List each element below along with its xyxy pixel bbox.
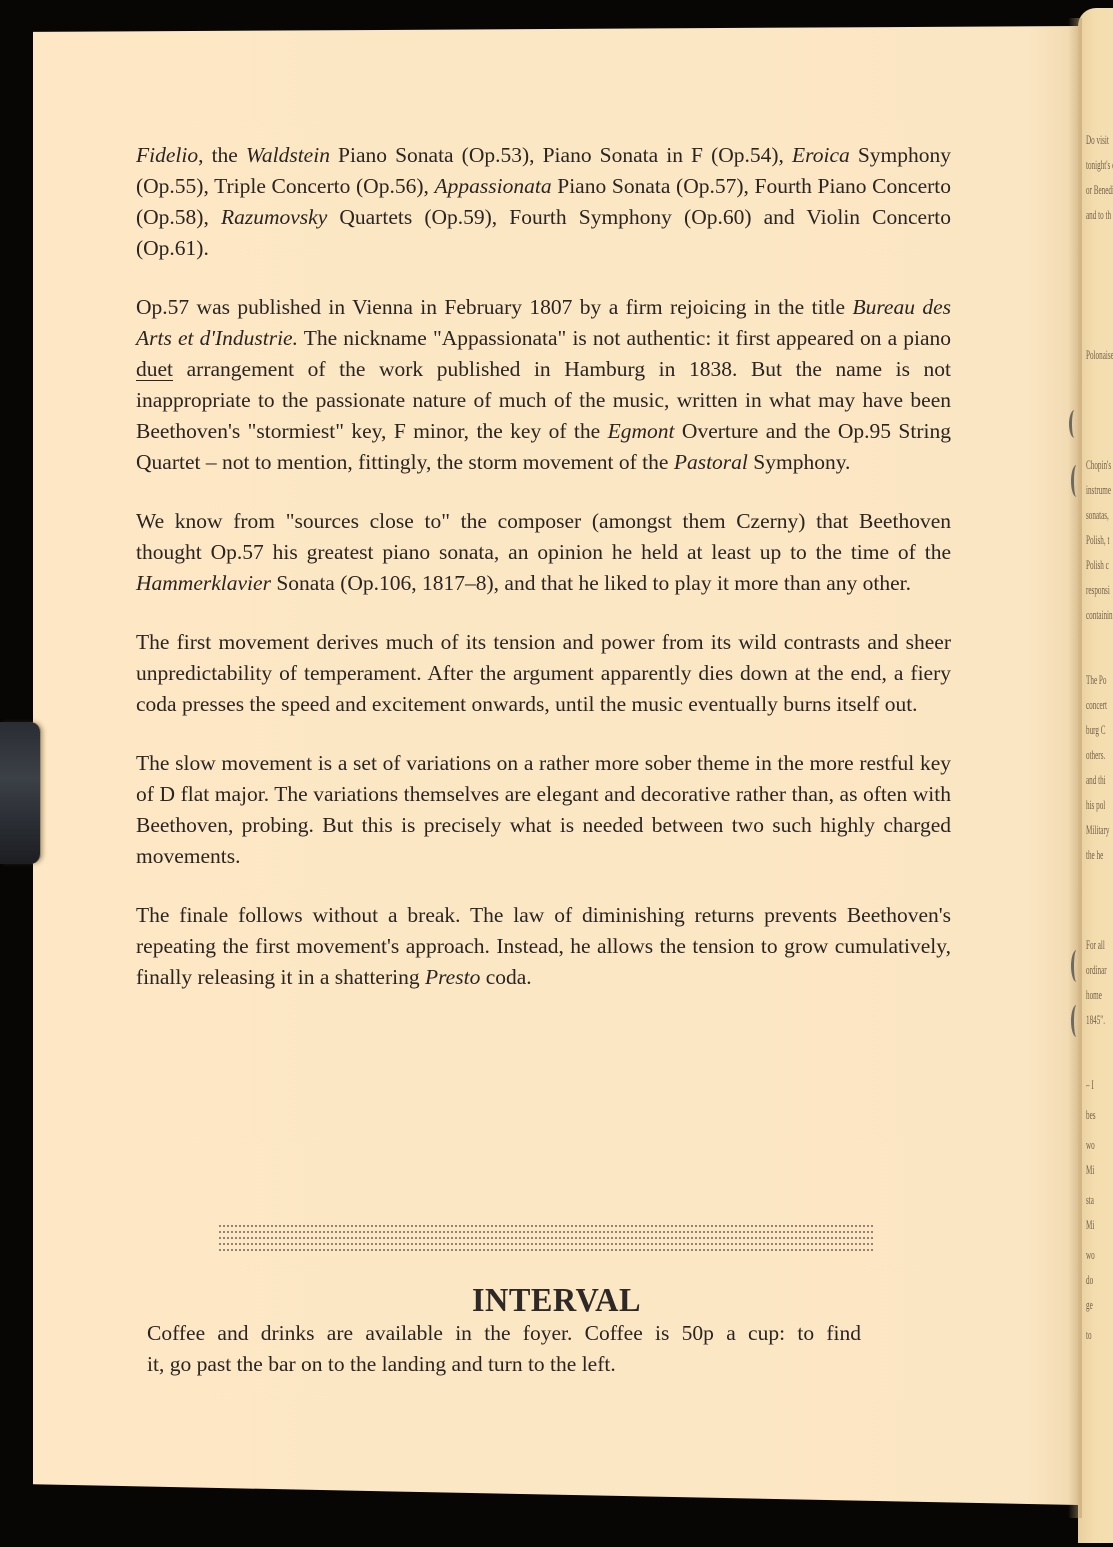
staple-icon: [1071, 465, 1082, 497]
article-body: Fidelio, the Waldstein Piano Sonata (Op.…: [136, 140, 951, 1021]
interval-notice-line-2: it, go past the bar on to the landing an…: [147, 1349, 861, 1380]
staple-icon: [1071, 950, 1082, 982]
adjacent-page-text: and to th: [1086, 205, 1111, 225]
adjacent-page-text: Mi: [1086, 1160, 1094, 1180]
text-run: The first movement derives much of its t…: [136, 630, 951, 716]
adjacent-page-text: containin: [1086, 605, 1113, 625]
adjacent-page-text: his pol: [1086, 795, 1105, 815]
adjacent-page-text: responsi: [1086, 580, 1110, 600]
dotted-separator: [218, 1223, 873, 1253]
adjacent-page-text: wo: [1086, 1135, 1095, 1155]
adjacent-page-text: Military: [1086, 820, 1109, 840]
text-run: Piano Sonata (Op.53), Piano Sonata in F …: [330, 143, 792, 167]
adjacent-page-text: The Po: [1086, 670, 1106, 690]
text-run: The nickname "Appassionata" is not authe…: [298, 326, 951, 350]
text-run: The slow movement is a set of variations…: [136, 751, 951, 868]
adjacent-page-text: bes: [1086, 1105, 1096, 1125]
adjacent-page-text: and thi: [1086, 770, 1106, 790]
staple-icon: [1069, 410, 1080, 438]
adjacent-page-text: home: [1086, 985, 1102, 1005]
italic-title: Eroica: [792, 143, 850, 167]
text-run: , the: [198, 143, 246, 167]
adjacent-page-text: For all: [1086, 935, 1105, 955]
text-run: We know from "sources close to" the comp…: [136, 509, 951, 564]
italic-title: Fidelio: [136, 143, 198, 167]
adjacent-page-text: to: [1086, 1325, 1092, 1345]
adjacent-page-text: Chopin's: [1086, 455, 1111, 475]
adjacent-page-text: Mi: [1086, 1215, 1094, 1235]
text-run: The finale follows without a break. The …: [136, 903, 951, 989]
adjacent-page-text: Polish c: [1086, 555, 1109, 575]
paragraph: The finale follows without a break. The …: [136, 900, 951, 993]
adjacent-page-text: sonatas,: [1086, 505, 1109, 525]
paragraph: The slow movement is a set of variations…: [136, 748, 951, 872]
adjacent-page-text: tonight's c: [1086, 155, 1113, 175]
underlined-word: duet: [136, 357, 173, 381]
interval-notice: Coffee and drinks are available in the f…: [147, 1318, 861, 1380]
adjacent-page-text: concert: [1086, 695, 1107, 715]
binder-clip: [0, 722, 40, 864]
italic-title: Appassionata: [435, 174, 552, 198]
italic-title: Hammerklavier: [136, 571, 271, 595]
adjacent-page-text: do: [1086, 1270, 1093, 1290]
adjacent-page-text: wo: [1086, 1245, 1095, 1265]
text-run: coda.: [480, 965, 531, 989]
adjacent-page-text: the he: [1086, 845, 1103, 865]
italic-title: Waldstein: [246, 143, 330, 167]
adjacent-page-text: burg C: [1086, 720, 1106, 740]
adjacent-page-text: sta: [1086, 1190, 1094, 1210]
paragraph: Fidelio, the Waldstein Piano Sonata (Op.…: [136, 140, 951, 264]
adjacent-page-text: Polish, t: [1086, 530, 1109, 550]
adjacent-page-text: instrume: [1086, 480, 1111, 500]
adjacent-page-text: – I: [1086, 1075, 1094, 1095]
staple-icon: [1071, 1005, 1082, 1037]
adjacent-page-text: others.: [1086, 745, 1105, 765]
italic-title: Egmont: [608, 419, 675, 443]
text-run: Sonata (Op.106, 1817–8), and that he lik…: [271, 571, 911, 595]
italic-title: Razumovsky: [221, 205, 327, 229]
adjacent-page-text: ge: [1086, 1295, 1093, 1315]
paragraph: The first movement derives much of its t…: [136, 627, 951, 720]
adjacent-page-text: Polonaise: [1086, 345, 1113, 365]
paragraph: We know from "sources close to" the comp…: [136, 506, 951, 599]
paragraph: Op.57 was published in Vienna in Februar…: [136, 292, 951, 478]
adjacent-page-text: Do visit: [1086, 130, 1109, 150]
adjacent-page-text: 1845".: [1086, 1010, 1105, 1030]
italic-title: Pastoral: [674, 450, 748, 474]
text-run: Symphony.: [748, 450, 851, 474]
interval-notice-line-1: Coffee and drinks are available in the f…: [147, 1318, 861, 1349]
interval-heading: INTERVAL: [28, 1282, 1085, 1320]
italic-title: Presto: [425, 965, 480, 989]
adjacent-page-text: or Benedic: [1086, 180, 1113, 200]
adjacent-page-text: ordinar: [1086, 960, 1107, 980]
text-run: Op.57 was published in Vienna in Februar…: [136, 295, 852, 319]
